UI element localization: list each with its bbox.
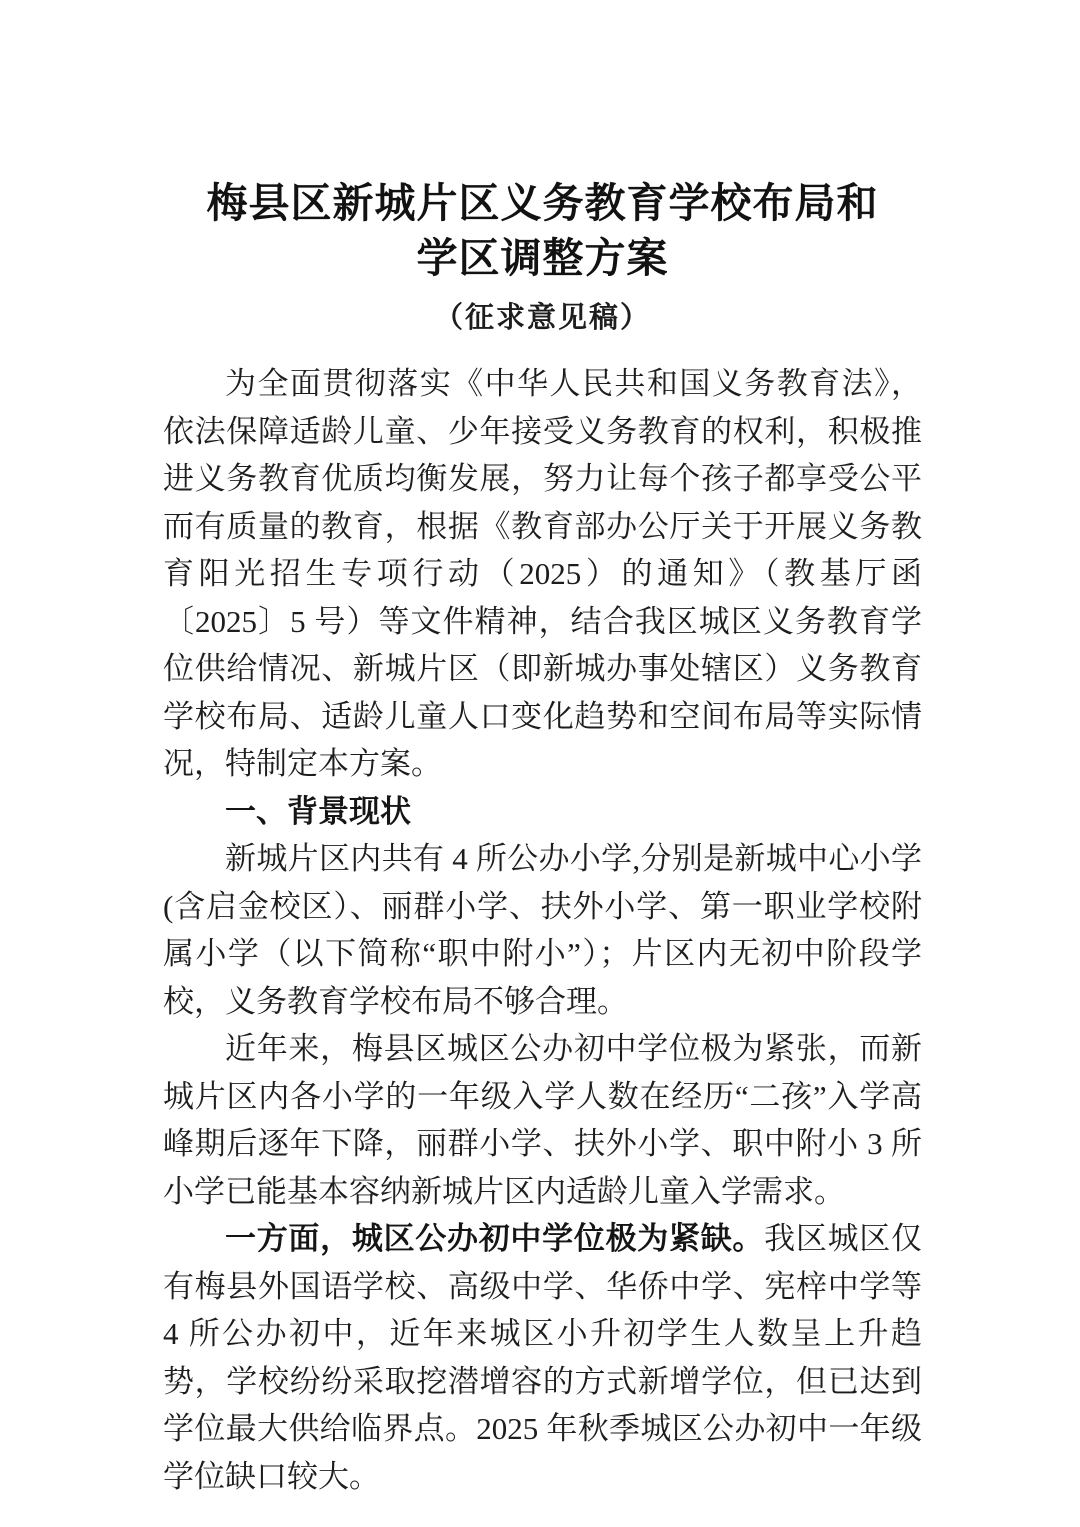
paragraph-bold-lead: 一方面，城区公办初中学位极为紧缺。 <box>225 1221 764 1256</box>
paragraph-primary-schools: 新城片区内共有 4 所公办小学,分别是新城中心小学(含启金校区）、丽群小学、扶外… <box>163 835 922 1025</box>
document-body: 为全面贯彻落实《中华人民共和国义务教育法》，依法保障适龄儿童、少年接受义务教育的… <box>163 360 922 1500</box>
document-title-line1: 梅县区新城片区义务教育学校布局和 <box>163 176 922 231</box>
intro-paragraph: 为全面贯彻落实《中华人民共和国义务教育法》，依法保障适龄儿童、少年接受义务教育的… <box>163 360 922 788</box>
document-page: 梅县区新城片区义务教育学校布局和 学区调整方案 （征求意见稿） 为全面贯彻落实《… <box>0 0 1080 1527</box>
document-title-line2: 学区调整方案 <box>163 231 922 286</box>
paragraph-rest-text: 我区城区仅有梅县外国语学校、高级中学、华侨中学、宪梓中学等 4 所公办初中，近年… <box>163 1221 922 1494</box>
paragraph-enrollment-trend: 近年来，梅县区城区公办初中学位极为紧张，而新城片区内各小学的一年级入学人数在经历… <box>163 1025 922 1215</box>
paragraph-middle-school-shortage: 一方面，城区公办初中学位极为紧缺。我区城区仅有梅县外国语学校、高级中学、华侨中学… <box>163 1215 922 1500</box>
section-heading-background: 一、背景现状 <box>163 788 922 836</box>
document-subtitle: （征求意见稿） <box>163 298 922 338</box>
document-title: 梅县区新城片区义务教育学校布局和 学区调整方案 <box>163 176 922 286</box>
